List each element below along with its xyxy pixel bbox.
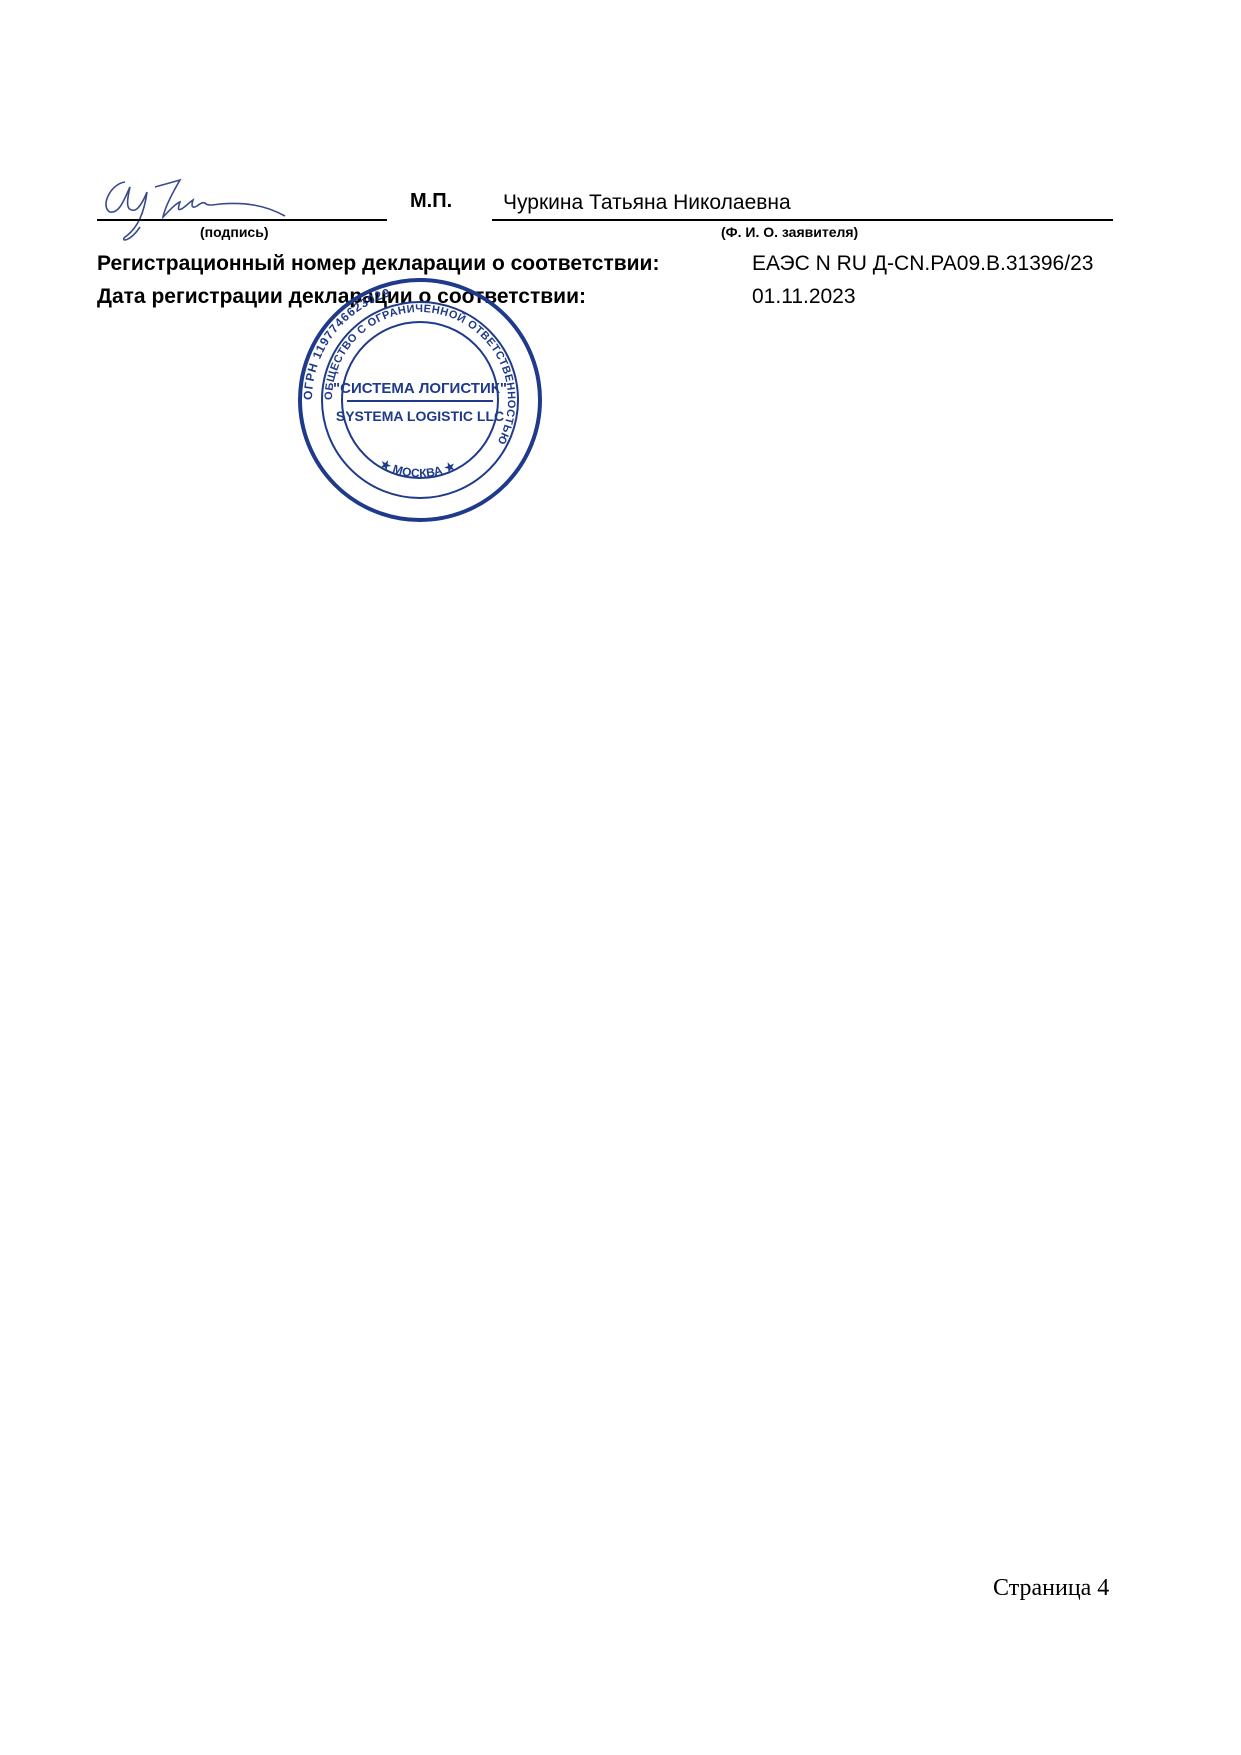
signature-line [97, 219, 387, 221]
stamp-city: ★ МОСКВА ★ [378, 456, 458, 480]
stamp-ring-text: ОБЩЕСТВО С ОГРАНИЧЕННОЙ ОТВЕТСТВЕННОСТЬЮ [323, 303, 517, 446]
stamp-company-en: SYSTEMA LOGISTIC LLC [336, 408, 504, 424]
registration-number-value: ЕАЭС N RU Д-CN.РА09.В.31396/23 [752, 252, 1093, 276]
svg-text:★ МОСКВА ★: ★ МОСКВА ★ [378, 456, 458, 480]
stamp-company-ru: "СИСТЕМА ЛОГИСТИК" [333, 380, 507, 397]
page-number: Страница 4 [993, 1575, 1109, 1602]
applicant-name: Чуркина Татьяна Николаевна [503, 191, 791, 215]
applicant-name-line [492, 219, 1113, 221]
registration-number-label: Регистрационный номер декларации о соотв… [97, 252, 659, 276]
applicant-caption: (Ф. И. О. заявителя) [721, 224, 858, 240]
svg-text:ОБЩЕСТВО С ОГРАНИЧЕННОЙ ОТВЕТС: ОБЩЕСТВО С ОГРАНИЧЕННОЙ ОТВЕТСТВЕННОСТЬЮ [323, 303, 517, 446]
company-stamp: ОГРН 1197746623029 ОБЩЕСТВО С ОГРАНИЧЕНН… [295, 275, 545, 525]
signature-caption: (подпись) [200, 224, 269, 240]
seal-label: М.П. [410, 190, 452, 213]
registration-date-value: 01.11.2023 [752, 285, 856, 309]
